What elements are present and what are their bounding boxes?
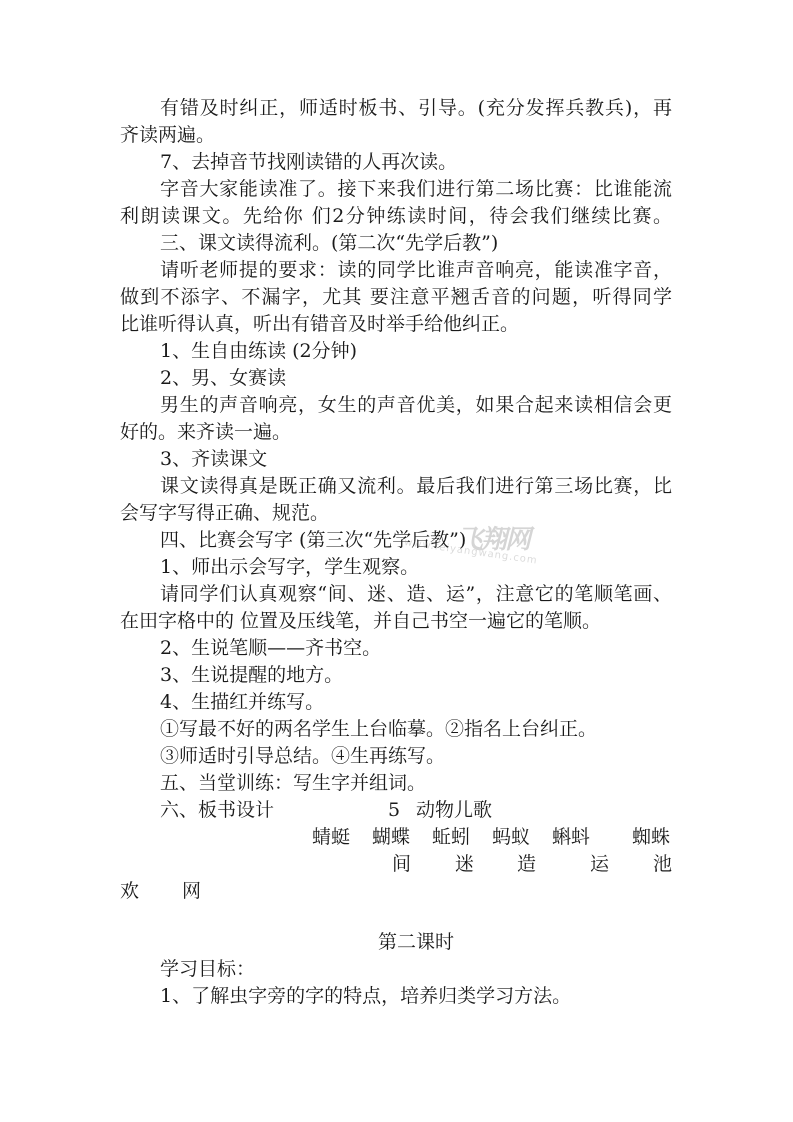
paragraph-line: 会写字写得正确、规范。 (120, 500, 672, 527)
character: 欢 (120, 878, 139, 905)
list-item: 3、生说提醒的地方。 (160, 662, 712, 689)
insect-word: 蜻蜓 (312, 824, 350, 851)
insect-word: 蝌蚪 (552, 824, 590, 851)
document-page: 有错及时纠正，师适时板书、引导。(充分发挥兵教兵)，再 齐读两遍。 7、去掉音节… (0, 0, 793, 1122)
paragraph-line: 男生的声音响亮，女生的声音优美，如果合起来读相信会更 (160, 392, 672, 419)
paragraph-line: 请同学们认真观察“间、迷、造、运”，注意它的笔顺笔画、 (160, 581, 672, 608)
paragraph-line: 做到不添字、不漏字，尤其 要注意平翘舌音的问题，听得同学 (120, 284, 672, 311)
paragraph-line: 字音大家能读准了。接下来我们进行第二场比赛：比谁能流 (160, 176, 672, 203)
lesson-number: 5 (388, 797, 400, 824)
paragraph-line: 利朗读课文。先给你 们2分钟练读时间，待会我们继续比赛。 (120, 203, 672, 230)
list-item: ①写最不好的两名学生上台临摹。②指名上台纠正。 (160, 716, 712, 743)
section-heading: 五、当堂训练：写生字并组词。 (160, 770, 712, 797)
list-item: 2、生说笔顺——齐书空。 (160, 635, 712, 662)
list-item: 4、生描红并练写。 (160, 689, 712, 716)
paragraph-line: 比谁听得认真，听出有错音及时举手给他纠正。 (120, 311, 672, 338)
paragraph-line: 课文读得真是既正确又流利。最后我们进行第三场比赛，比 (160, 473, 672, 500)
section-title: 第二课时 (378, 929, 454, 956)
insect-word: 蜘蛛 (632, 824, 670, 851)
objective-item: 1、了解虫字旁的字的特点，培养归类学习方法。 (160, 983, 571, 1010)
list-item: 1、生自由练读 (2分钟) (160, 338, 712, 365)
paragraph-line: 在田字格中的 位置及压线笔，并自己书空一遍它的笔顺。 (120, 608, 672, 635)
character: 造 (517, 851, 536, 878)
character: 迷 (455, 851, 474, 878)
character: 池 (653, 851, 672, 878)
insect-word: 蚂蚁 (492, 824, 530, 851)
paragraph-line: 请听老师提的要求：读的同学比谁声音响亮，能读准字音， (160, 257, 672, 284)
insect-word: 蚯蚓 (432, 824, 470, 851)
character: 间 (392, 851, 411, 878)
paragraph-line: 好的。来齐读一遍。 (120, 419, 672, 446)
list-item: 3、齐读课文 (160, 446, 712, 473)
list-item: 1、师出示会写字，学生观察。 (160, 554, 712, 581)
lesson-title: 动物儿歌 (416, 797, 492, 824)
list-item: 2、男、女赛读 (160, 365, 712, 392)
paragraph-line: 7、去掉音节找刚读错的人再次读。 (160, 149, 712, 176)
objectives-label: 学习目标： (160, 956, 255, 983)
insect-word: 蝴蝶 (372, 824, 410, 851)
section-heading: 四、比赛会写字 (第三次“先学后教”) (160, 527, 712, 554)
character: 运 (590, 851, 609, 878)
character: 网 (182, 878, 201, 905)
list-item: ③师适时引导总结。④生再练写。 (160, 743, 712, 770)
paragraph-line: 齐读两遍。 (120, 122, 672, 149)
section-heading: 三、课文读得流利。(第二次“先学后教”) (160, 230, 712, 257)
paragraph-line: 有错及时纠正，师适时板书、引导。(充分发挥兵教兵)，再 (160, 95, 672, 122)
